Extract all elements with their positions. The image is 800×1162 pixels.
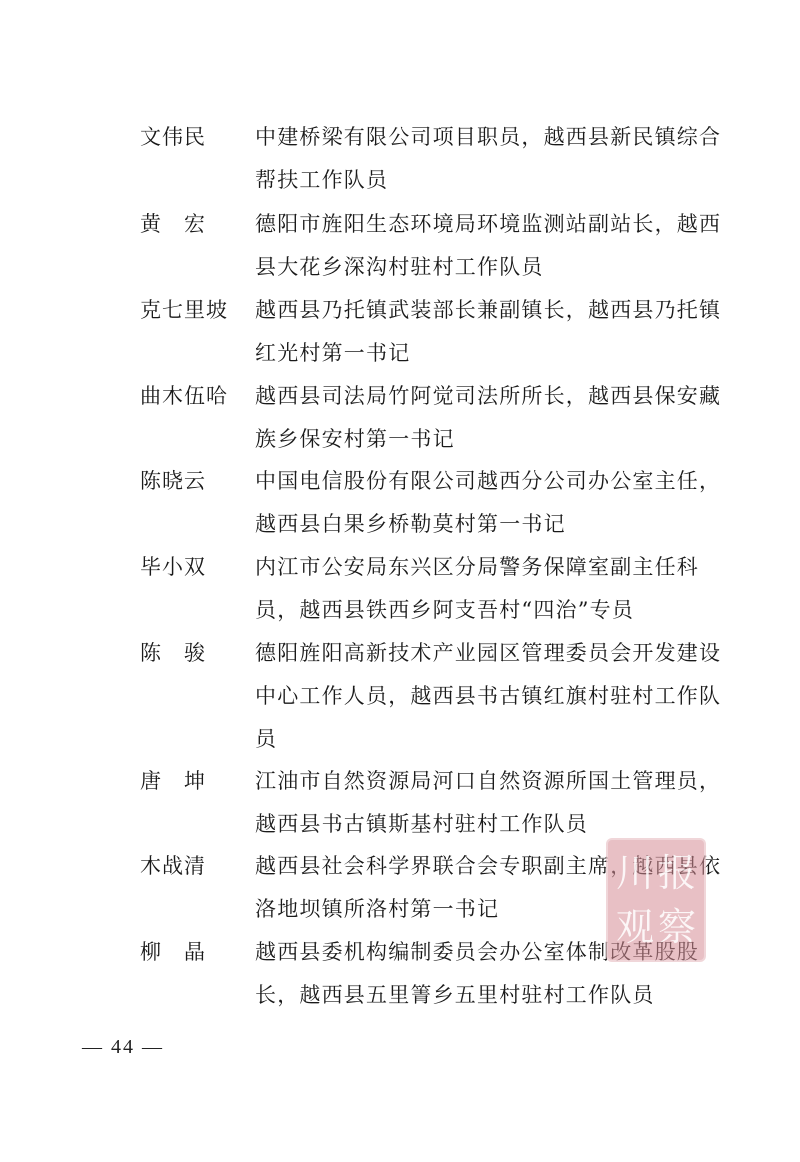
person-name: 曲木伍哈	[140, 375, 250, 418]
description-line: 县大花乡深沟村驻村工作队员	[255, 246, 735, 289]
person-name: 唐 坤	[140, 760, 250, 803]
description-line: 内江市公安局东兴区分局警务保障室副主任科	[255, 546, 735, 589]
person-description: 越西县乃托镇武装部长兼副镇长，越西县乃托镇 红光村第一书记	[255, 289, 735, 375]
person-description: 江油市自然资源局河口自然资源所国土管理员， 越西县书古镇斯基村驻村工作队员	[255, 760, 735, 846]
description-line: 员	[255, 718, 735, 761]
person-description: 内江市公安局东兴区分局警务保障室副主任科 员，越西县铁西乡阿支吾村“四治”专员	[255, 546, 735, 632]
person-description: 中国电信股份有限公司越西分公司办公室主任， 越西县白果乡桥勒莫村第一书记	[255, 460, 735, 546]
watermark-stamp-icon: 川 报 观 察	[606, 838, 706, 962]
person-description: 德阳市旌阳生态环境局环境监测站副站长，越西 县大花乡深沟村驻村工作队员	[255, 203, 735, 289]
description-line: 红光村第一书记	[255, 332, 735, 375]
description-line: 德阳市旌阳生态环境局环境监测站副站长，越西	[255, 203, 735, 246]
person-name: 木战清	[140, 845, 250, 888]
person-name: 文伟民	[140, 116, 250, 159]
person-name: 克七里坡	[140, 289, 250, 332]
description-line: 员，越西县铁西乡阿支吾村“四治”专员	[255, 589, 735, 632]
person-name: 黄 宏	[140, 203, 250, 246]
watermark-char: 察	[658, 908, 696, 946]
person-name: 毕小双	[140, 546, 250, 589]
description-line: 江油市自然资源局河口自然资源所国土管理员，	[255, 760, 735, 803]
watermark-char: 报	[658, 854, 696, 892]
description-line: 族乡保安村第一书记	[255, 418, 735, 461]
description-line: 帮扶工作队员	[255, 159, 735, 202]
watermark-char: 川	[616, 854, 654, 892]
person-name: 陈 骏	[140, 632, 250, 675]
person-description: 中建桥梁有限公司项目职员，越西县新民镇综合 帮扶工作队员	[255, 116, 735, 202]
page-number: — 44 —	[82, 1036, 164, 1059]
description-line: 越西县白果乡桥勒莫村第一书记	[255, 503, 735, 546]
document-page: 文伟民 中建桥梁有限公司项目职员，越西县新民镇综合 帮扶工作队员 黄 宏 德阳市…	[0, 0, 800, 1162]
person-description: 越西县司法局竹阿觉司法所所长，越西县保安藏 族乡保安村第一书记	[255, 375, 735, 461]
description-line: 德阳旌阳高新技术产业园区管理委员会开发建设	[255, 632, 735, 675]
description-line: 长，越西县五里箐乡五里村驻村工作队员	[255, 974, 735, 1017]
description-line: 越西县司法局竹阿觉司法所所长，越西县保安藏	[255, 375, 735, 418]
description-line: 中建桥梁有限公司项目职员，越西县新民镇综合	[255, 116, 735, 159]
person-name: 陈晓云	[140, 460, 250, 503]
description-line: 中国电信股份有限公司越西分公司办公室主任，	[255, 460, 735, 503]
person-name: 柳 晶	[140, 931, 250, 974]
watermark-char: 观	[616, 908, 654, 946]
person-description: 德阳旌阳高新技术产业园区管理委员会开发建设 中心工作人员，越西县书古镇红旗村驻村…	[255, 632, 735, 761]
description-line: 越西县乃托镇武装部长兼副镇长，越西县乃托镇	[255, 289, 735, 332]
description-line: 中心工作人员，越西县书古镇红旗村驻村工作队	[255, 675, 735, 718]
